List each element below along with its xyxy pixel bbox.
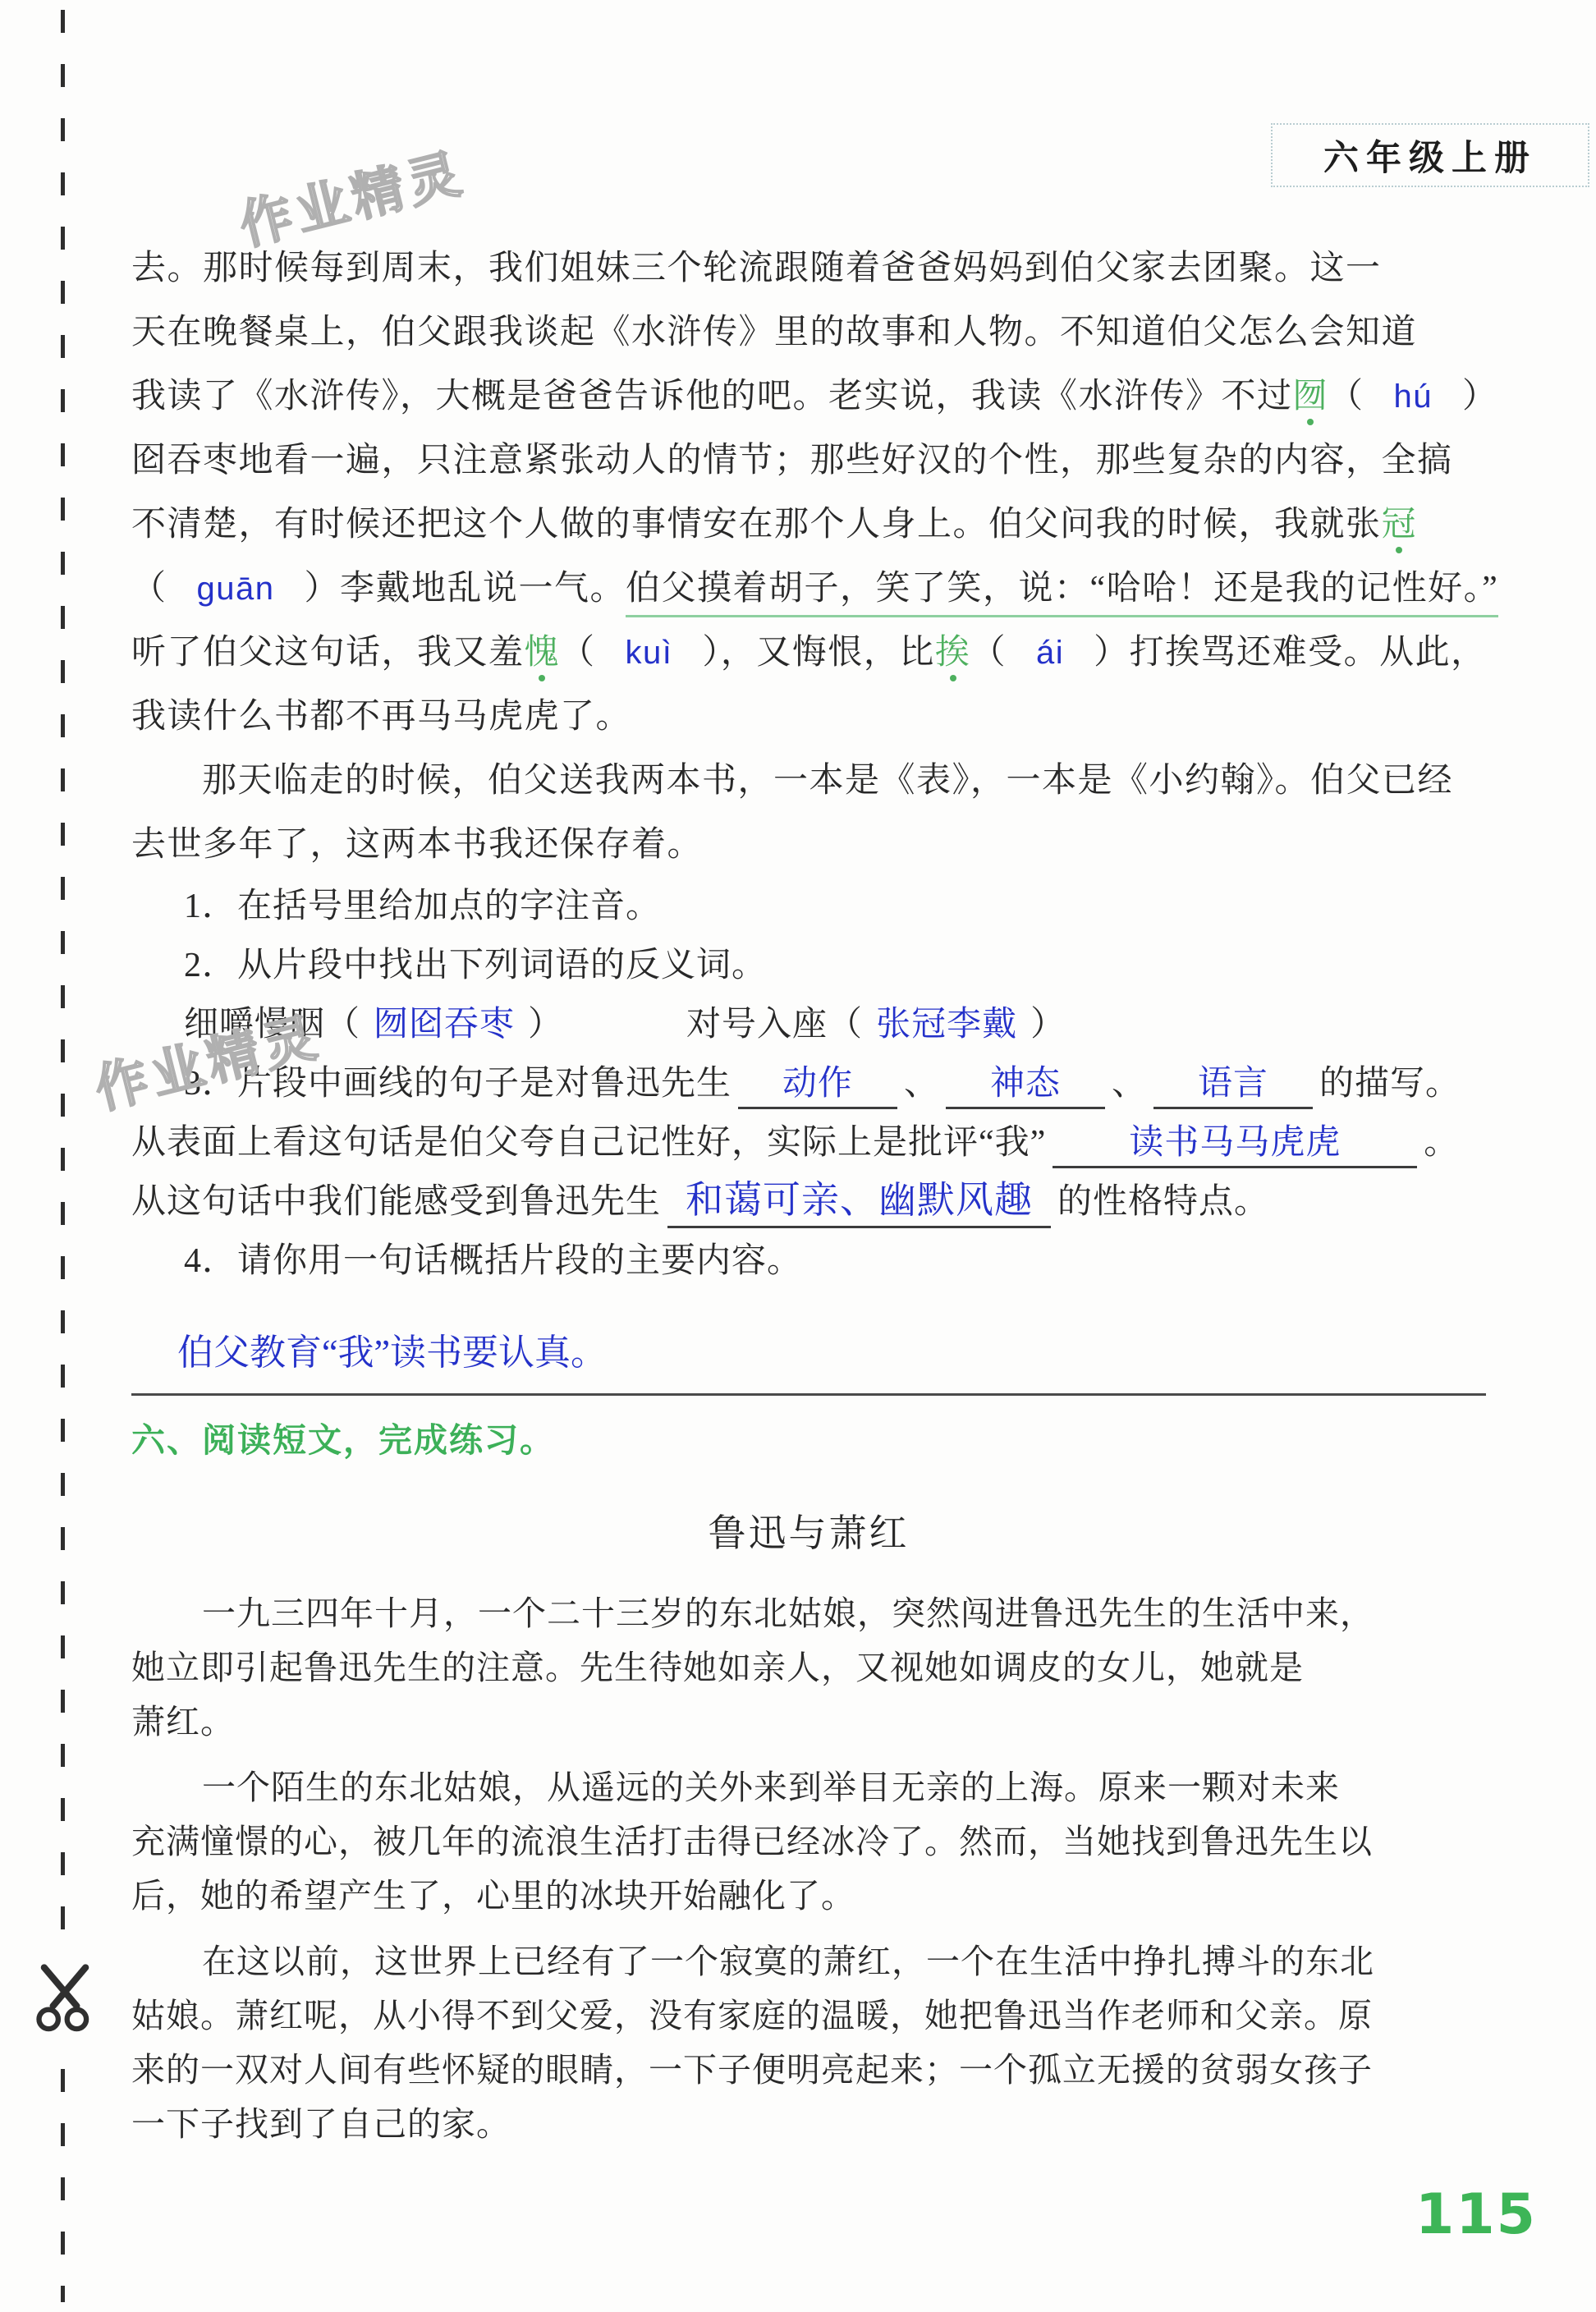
text-run: 从这句话中我们能感受到鲁迅先生 <box>131 1183 661 1221</box>
text-run: （ <box>131 570 167 608</box>
text-run: 伯父摸着胡子，笑了笑，说：“哈哈！还是我的记性好。” <box>626 570 1498 617</box>
paragraph-line: 在这以前，这世界上已经有了一个寂寞的萧红，一个在生活中挣扎搏斗的东北 <box>131 1934 1486 1989</box>
text-run: 语言 <box>1153 1064 1313 1109</box>
text-run: 那天临走的时候，伯父送我两本书，一本是《表》，一本是《小约翰》。伯父已经 <box>202 762 1453 800</box>
passage1-line: 天在晚餐桌上，伯父跟我谈起《水浒传》里的故事和人物。不知道伯父怎么会知道 <box>131 300 1486 365</box>
text-run: 3．片段中画线的句子是对鲁迅先生 <box>184 1065 731 1103</box>
text-run: （ <box>560 634 596 672</box>
paragraph-line: 一九三四年十月，一个二十三岁的东北姑娘，突然闯进鲁迅先生的生活中来， <box>131 1586 1486 1640</box>
text-run: ） <box>1462 378 1498 415</box>
question-1: 1．在括号里给加点的字注音。 <box>131 877 1486 936</box>
paragraph-line: 一个陌生的东北姑娘，从遥远的关外来到举目无亲的上海。原来一颗对未来 <box>131 1760 1486 1814</box>
passage1-line: 囵吞枣地看一遍，只注意紧张动人的情节；那些好汉的个性，那些复杂的内容，全搞 <box>131 429 1486 493</box>
text-run: 去。那时候每到周末，我们姐妹三个轮流跟随着爸爸妈妈到伯父家去团聚。这一 <box>131 250 1382 287</box>
paragraph-line: 来的一双对人间有些怀疑的眼睛，一下子便明亮起来；一个孤立无援的贫弱女孩子 <box>131 2043 1486 2097</box>
text-run: guān <box>197 571 275 607</box>
passage1-line: 去世多年了，这两本书我还保存着。 <box>131 813 1486 877</box>
passage2-paragraph-1: 一九三四年十月，一个二十三岁的东北姑娘，突然闯进鲁迅先生的生活中来， 她立即引起… <box>131 1586 1486 1749</box>
text-run: 囵吞枣地看一遍，只注意紧张动人的情节；那些好汉的个性，那些复杂的内容，全搞 <box>131 442 1453 479</box>
text-run: 和蔼可亲、幽默风趣 <box>667 1179 1051 1228</box>
text-run: 神态 <box>946 1064 1105 1109</box>
passage2-title: 鲁迅与萧红 <box>131 1511 1486 1557</box>
text-run: 的描写。 <box>1319 1065 1461 1103</box>
text-run: （ <box>1328 378 1364 415</box>
text-run: 4．请你用一句话概括片段的主要内容。 <box>184 1242 802 1280</box>
text-run: 不清楚，有时候还把这个人做的事情安在那个人身上。伯父问我的时候，我就张 <box>131 506 1382 544</box>
text-run: 细嚼慢咽（ <box>184 1006 360 1044</box>
text-run: 去世多年了，这两本书我还保存着。 <box>131 826 703 864</box>
scissors-icon <box>20 1957 110 2043</box>
text-run: ）李戴地乱说一气。 <box>305 570 626 608</box>
paragraph-line: 姑娘。萧红呢，从小得不到父爱，没有家庭的温暖，她把鲁迅当作老师和父亲。原 <box>131 1989 1486 2043</box>
text-run: 。 <box>1424 1124 1459 1162</box>
passage1-line: （guān）李戴地乱说一气。伯父摸着胡子，笑了笑，说：“哈哈！还是我的记性好。” <box>131 557 1486 621</box>
passage1-line: 去。那时候每到周末，我们姐妹三个轮流跟随着爸爸妈妈到伯父家去团聚。这一 <box>131 236 1486 300</box>
text-run: 读书马马虎虎 <box>1053 1123 1417 1168</box>
question-4-answer-line: 伯父教育“我”读书要认真。 <box>131 1320 1486 1396</box>
page-content: 去。那时候每到周末，我们姐妹三个轮流跟随着爸爸妈妈到伯父家去团聚。这一 天在晚餐… <box>131 236 1486 2151</box>
paragraph-line: 后，她的希望产生了，心里的冰块开始融化了。 <box>131 1869 1486 1923</box>
text-run: 听了伯父这句话，我又羞 <box>131 634 525 672</box>
text-run: 动作 <box>738 1064 897 1109</box>
text-run: 对号入座（ <box>686 1006 863 1044</box>
scissors-icon-svg <box>26 1963 103 2037</box>
question-3-line3: 从这句话中我们能感受到鲁迅先生和蔼可亲、幽默风趣的性格特点。 <box>131 1172 1486 1232</box>
passage2-paragraph-3: 在这以前，这世界上已经有了一个寂寞的萧红，一个在生活中挣扎搏斗的东北 姑娘。萧红… <box>131 1934 1486 2151</box>
question-4-answer: 伯父教育“我”读书要认真。 <box>177 1333 607 1373</box>
page-number: 115 <box>1415 2182 1537 2247</box>
question-3-line1: 3．片段中画线的句子是对鲁迅先生动作、神态、语言的描写。 <box>131 1054 1486 1113</box>
text-run: ái <box>1036 635 1064 671</box>
text-run: 、 <box>1112 1065 1147 1103</box>
question-4: 4．请你用一句话概括片段的主要内容。 <box>131 1232 1486 1291</box>
passage1-line: 我读什么书都不再马马虎虎了。 <box>131 685 1486 749</box>
text-run: 我读什么书都不再马马虎虎了。 <box>131 698 631 736</box>
text-run: 张冠李戴 <box>876 1006 1017 1044</box>
text-run: ），又悔恨，比 <box>702 634 935 672</box>
text-run: 、 <box>904 1065 939 1103</box>
text-run: 天在晚餐桌上，伯父跟我谈起《水浒传》里的故事和人物。不知道伯父怎么会知道 <box>131 314 1417 351</box>
question-3-line2: 从表面上看这句话是伯父夸自己记性好，实际上是批评“我”读书马马虎虎。 <box>131 1113 1486 1172</box>
text-run: 囫 <box>1293 378 1329 415</box>
passage1-line: 不清楚，有时候还把这个人做的事情安在那个人身上。伯父问我的时候，我就张冠 <box>131 493 1486 557</box>
passage1-line: 听了伯父这句话，我又羞愧（kuì），又悔恨，比挨（ái）打挨骂还难受。从此， <box>131 621 1486 685</box>
text-run: 冠 <box>1382 506 1418 544</box>
question-2: 2．从片段中找出下列词语的反义词。 <box>131 936 1486 995</box>
workbook-page: 六年级上册 作业精灵 作业精灵 去。那时候每到周末，我们姐妹三个轮流跟随着爸爸妈… <box>0 0 1596 2312</box>
paragraph-line: 充满憧憬的心，被几年的流浪生活打击得已经冰冷了。然而，当她找到鲁迅先生以 <box>131 1814 1486 1869</box>
text-run: 挨 <box>935 634 971 672</box>
question-2-answers: 细嚼慢咽（囫囵吞枣）对号入座（张冠李戴） <box>131 995 1486 1054</box>
paragraph-line: 萧红。 <box>131 1695 1486 1749</box>
text-run: hú <box>1394 378 1433 415</box>
grade-label-box: 六年级上册 <box>1271 123 1589 187</box>
grade-label: 六年级上册 <box>1323 131 1537 181</box>
text-run: 的性格特点。 <box>1057 1183 1269 1221</box>
paragraph-line: 她立即引起鲁迅先生的注意。先生待她如亲人，又视她如调皮的女儿，她就是 <box>131 1640 1486 1695</box>
text-run: ） <box>528 1006 563 1044</box>
section-6-heading: 六、阅读短文，完成练习。 <box>131 1417 1486 1463</box>
text-run: 囫囵吞枣 <box>374 1006 515 1044</box>
paragraph-line: 一下子找到了自己的家。 <box>131 2097 1486 2151</box>
passage2-paragraph-2: 一个陌生的东北姑娘，从遥远的关外来到举目无亲的上海。原来一颗对未来 充满憧憬的心… <box>131 1760 1486 1923</box>
text-run: kuì <box>626 635 673 671</box>
passage1-line: 我读了《水浒传》，大概是爸爸告诉他的吧。老实说，我读《水浒传》不过囫（hú） <box>131 365 1486 429</box>
text-run: 从表面上看这句话是伯父夸自己记性好，实际上是批评“我” <box>131 1124 1046 1162</box>
text-run: ）打挨骂还难受。从此， <box>1094 634 1487 672</box>
text-run: ） <box>1030 1006 1066 1044</box>
text-run: 1．在括号里给加点的字注音。 <box>184 888 661 925</box>
text-run: 我读了《水浒传》，大概是爸爸告诉他的吧。老实说，我读《水浒传》不过 <box>131 378 1293 415</box>
passage1-line: 那天临走的时候，伯父送我两本书，一本是《表》，一本是《小约翰》。伯父已经 <box>131 749 1486 813</box>
text-run: 2．从片段中找出下列词语的反义词。 <box>184 947 767 984</box>
text-run: （ <box>970 634 1007 672</box>
text-run: 愧 <box>525 634 561 672</box>
